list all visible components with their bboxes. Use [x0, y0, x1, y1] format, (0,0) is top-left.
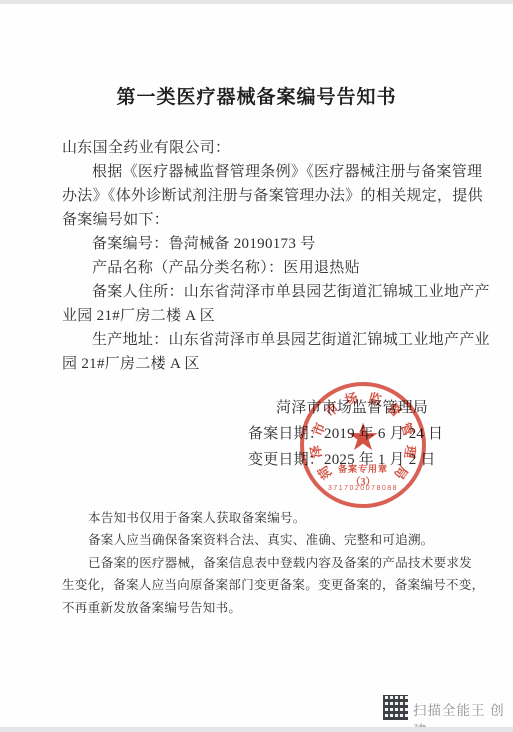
signature-block: 菏泽市市场监督管理局 备案日期：2019 年 6 月 24 日 变更日期：202…: [248, 395, 468, 473]
scanned-document-page: 第一类医疗器械备案编号告知书 山东国全药业有限公司： 根据《医疗器械监督管理条例…: [0, 0, 513, 732]
qr-code: [383, 695, 408, 720]
recipient-line: 山东国全药业有限公司：: [62, 136, 460, 160]
registrant-address-line-2: 业园 21#厂房二楼 A 区: [62, 304, 460, 328]
note-line-5: 不再重新发放备案编号告知书。: [62, 597, 466, 619]
filing-number-line: 备案编号：鲁菏械备 20190173 号: [62, 232, 460, 256]
intro-line-3: 备案编号如下：: [62, 208, 460, 232]
notes-block: 本告知书仅用于备案人获取备案编号。 备案人应当确保备案资料合法、真实、准确、完整…: [62, 507, 466, 619]
scanner-watermark: 扫描全能王 创建: [0, 693, 513, 723]
scan-top-edge: [0, 0, 513, 4]
document-body: 山东国全药业有限公司： 根据《医疗器械监督管理条例》《医疗器械注册与备案管理 办…: [62, 136, 460, 376]
note-line-2: 备案人应当确保备案资料合法、真实、准确、完整和可追溯。: [62, 529, 466, 551]
seal-code: （3）: [298, 473, 428, 488]
change-date-line: 变更日期：2025 年 1 月 2 日: [248, 447, 468, 473]
production-address-line-2: 园 21#厂房二楼 A 区: [62, 352, 460, 376]
issuing-authority: 菏泽市市场监督管理局: [248, 395, 468, 421]
note-line-4: 生变化，备案人应当向原备案部门变更备案。变更备案的，备案编号不变，: [62, 574, 466, 596]
note-line-1: 本告知书仅用于备案人获取备案编号。: [62, 507, 466, 529]
registrant-address-line-1: 备案人住所：山东省菏泽市单县园艺街道汇锦城工业地产产: [62, 280, 460, 304]
document-title: 第一类医疗器械备案编号告知书: [0, 82, 513, 109]
intro-line-1: 根据《医疗器械监督管理条例》《医疗器械注册与备案管理: [62, 160, 460, 184]
production-address-line-1: 生产地址：山东省菏泽市单县园艺街道汇锦城工业地产产业: [62, 328, 460, 352]
note-line-3: 已备案的医疗器械，备案信息表中登载内容及备案的产品技术要求发: [62, 552, 466, 574]
filing-date-line: 备案日期：2019 年 6 月 24 日: [248, 421, 468, 447]
intro-line-2: 办法》《体外诊断试剂注册与备案管理办法》的相关规定，提供: [62, 184, 460, 208]
product-name-line: 产品名称（产品分类名称）：医用退热贴: [62, 256, 460, 280]
scan-bottom-edge: [0, 727, 513, 732]
seal-serial: 3717020078088: [298, 485, 428, 492]
